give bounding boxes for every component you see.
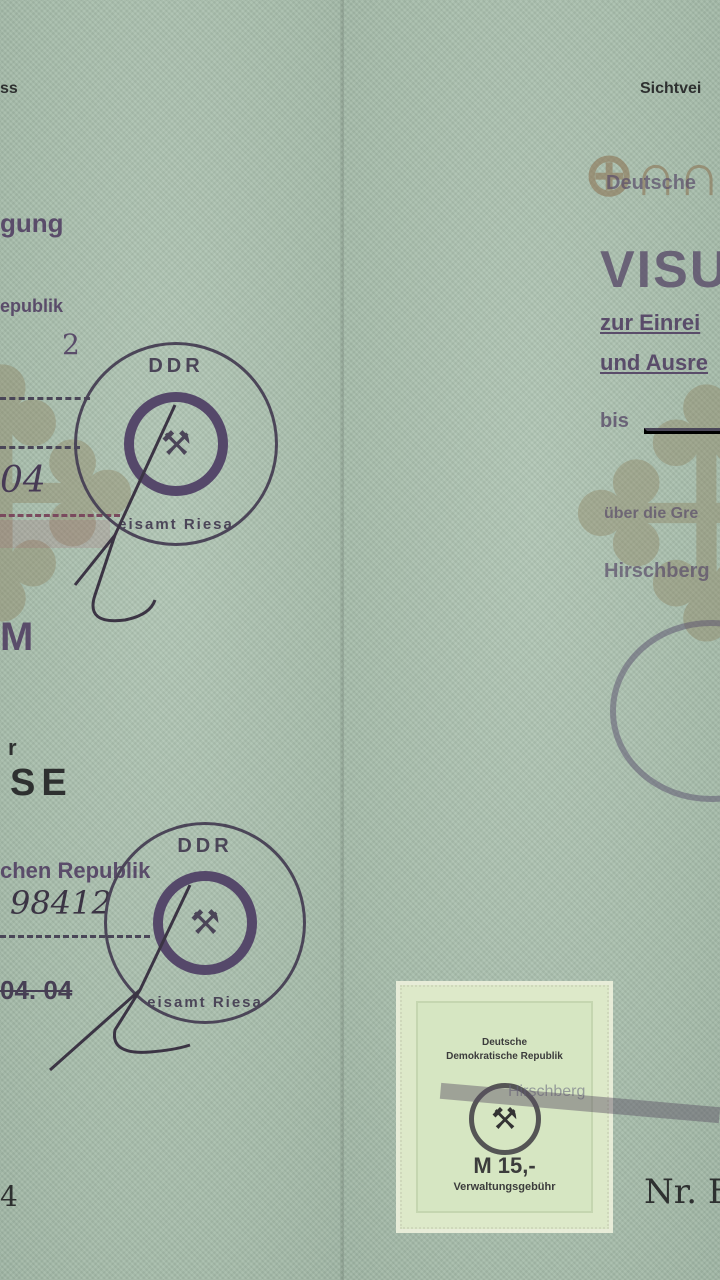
visa-line-7: Hirschberg	[604, 560, 710, 583]
large-letter-m: M	[0, 615, 35, 660]
fee-label: Verwaltungsgebühr	[418, 1181, 591, 1193]
left-bottom-number: 4	[0, 1180, 18, 1213]
letter-r: r	[8, 735, 17, 761]
left-line-gung: gung	[0, 208, 64, 239]
handwritten-date: 04	[0, 460, 46, 501]
visa-line-2: VISU	[600, 240, 720, 300]
visa-line-5: bis	[600, 410, 629, 433]
visa-line-1: Deutsche	[606, 172, 696, 195]
form-line	[644, 428, 720, 434]
visa-line-4: und Ausre	[600, 350, 708, 376]
stamp-top-text: DDR	[107, 835, 303, 858]
left-line-republik: epublik	[0, 296, 63, 317]
right-header-fragment: Sichtvei	[640, 80, 701, 98]
fee-country-1: Deutsche	[418, 1037, 591, 1048]
word-se: SE	[10, 762, 73, 805]
signature-1	[55, 395, 185, 635]
passport-left-page: ✥ ss gung epublik 2 04 DDR ⚒ eisamt Ries…	[0, 0, 344, 1280]
left-header-fragment: ss	[0, 80, 18, 98]
visa-line-3: zur Einrei	[600, 310, 700, 336]
stamp-top-text: DDR	[77, 355, 275, 378]
right-bottom-label: Nr. F	[644, 1172, 720, 1212]
fee-amount: M 15,-	[418, 1153, 591, 1179]
visa-line-6: über die Gre	[604, 505, 698, 523]
signature-2	[40, 880, 210, 1080]
fee-country-2: Demokratische Republik	[418, 1051, 591, 1062]
